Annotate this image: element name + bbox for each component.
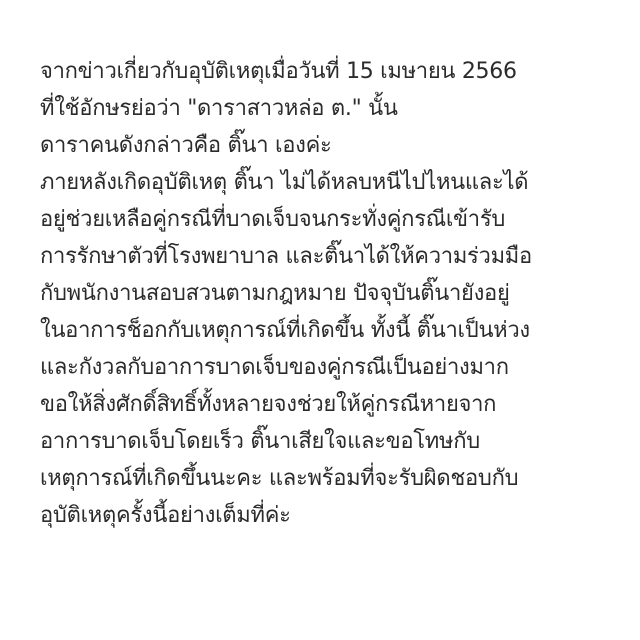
- text-line: ดาราคนดังกล่าวคือ ติ๊นา เองค่ะ: [40, 127, 630, 164]
- statement-text-block: จากข่าวเกี่ยวกับอุบัติเหตุเมื่อวันที่ 15…: [40, 53, 630, 534]
- text-line: เหตุการณ์ที่เกิดขึ้นนะคะ และพร้อมที่จะรั…: [40, 460, 630, 497]
- text-line: อยู่ช่วยเหลือคู่กรณีที่บาดเจ็บจนกระทั่งค…: [40, 201, 630, 238]
- text-line: จากข่าวเกี่ยวกับอุบัติเหตุเมื่อวันที่ 15…: [40, 53, 630, 90]
- text-line: อาการบาดเจ็บโดยเร็ว ติ๊นาเสียใจและขอโทษก…: [40, 423, 630, 460]
- text-line: กับพนักงานสอบสวนตามกฎหมาย ปัจจุบันติ๊นาย…: [40, 275, 630, 312]
- text-line: อุบัติเหตุครั้งนี้อย่างเต็มที่ค่ะ: [40, 497, 630, 534]
- text-line: ที่ใช้อักษรย่อว่า "ดาราสาวหล่อ ต." นั้น: [40, 90, 630, 127]
- text-line: ภายหลังเกิดอุบัติเหตุ ติ๊นา ไม่ได้หลบหนี…: [40, 164, 630, 201]
- text-line: ขอให้สิ่งศักดิ์สิทธิ์ทั้งหลายจงช่วยให้คู…: [40, 386, 630, 423]
- text-line: และกังวลกับอาการบาดเจ็บของคู่กรณีเป็นอย่…: [40, 349, 630, 386]
- text-line: การรักษาตัวที่โรงพยาบาล และติ๊นาได้ให้คว…: [40, 238, 630, 275]
- text-line: ในอาการช็อกกับเหตุการณ์ที่เกิดขึ้น ทั้งน…: [40, 312, 630, 349]
